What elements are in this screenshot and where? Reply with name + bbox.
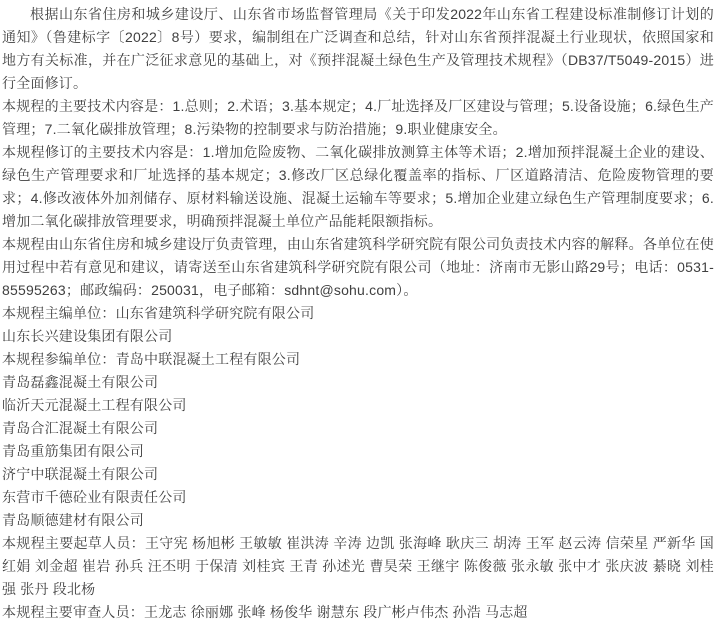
- revision-contents-paragraph: 本规程修订的主要技术内容是：1.增加危险废物、二氧化碳排放测算主体等术语；2.增…: [2, 141, 714, 233]
- chief-editing-unit-line: 本规程主编单位：山东省建筑科学研究院有限公司: [2, 302, 714, 325]
- participating-unit-line-1: 本规程参编单位：青岛中联混凝土工程有限公司: [2, 348, 714, 371]
- participating-unit-line-8: 青岛顺德建材有限公司: [2, 509, 714, 532]
- participating-unit-line-7: 东营市千德砼业有限责任公司: [2, 486, 714, 509]
- participating-unit-line-3: 临沂天元混凝土工程有限公司: [2, 394, 714, 417]
- drafters-paragraph: 本规程主要起草人员：王守宪 杨旭彬 王敏敏 崔洪涛 辛涛 边凯 张海峰 耿庆三 …: [2, 532, 714, 601]
- participating-unit-line-5: 青岛重筋集团有限公司: [2, 440, 714, 463]
- management-and-contact-paragraph: 本规程由山东省住房和城乡建设厅负责管理，由山东省建筑科学研究院有限公司负责技术内…: [2, 233, 714, 302]
- participating-unit-line-4: 青岛合汇混凝土有限公司: [2, 417, 714, 440]
- participating-unit-line-6: 济宁中联混凝土有限公司: [2, 463, 714, 486]
- participating-unit-line-2: 青岛磊鑫混凝土有限公司: [2, 371, 714, 394]
- intro-paragraph: 根据山东省住房和城乡建设厅、山东省市场监督管理局《关于印发2022年山东省工程建…: [2, 3, 714, 95]
- reviewers-paragraph: 本规程主要审查人员：王龙志 徐丽娜 张峰 杨俊华 谢慧东 段广彬卢伟杰 孙浩 马…: [2, 601, 714, 619]
- standard-foreword-document: 根据山东省住房和城乡建设厅、山东省市场监督管理局《关于印发2022年山东省工程建…: [0, 0, 717, 619]
- technical-contents-paragraph: 本规程的主要技术内容是：1.总则；2.术语；3.基本规定；4.厂址选择及厂区建设…: [2, 95, 714, 141]
- chief-editing-unit-2-line: 山东长兴建设集团有限公司: [2, 325, 714, 348]
